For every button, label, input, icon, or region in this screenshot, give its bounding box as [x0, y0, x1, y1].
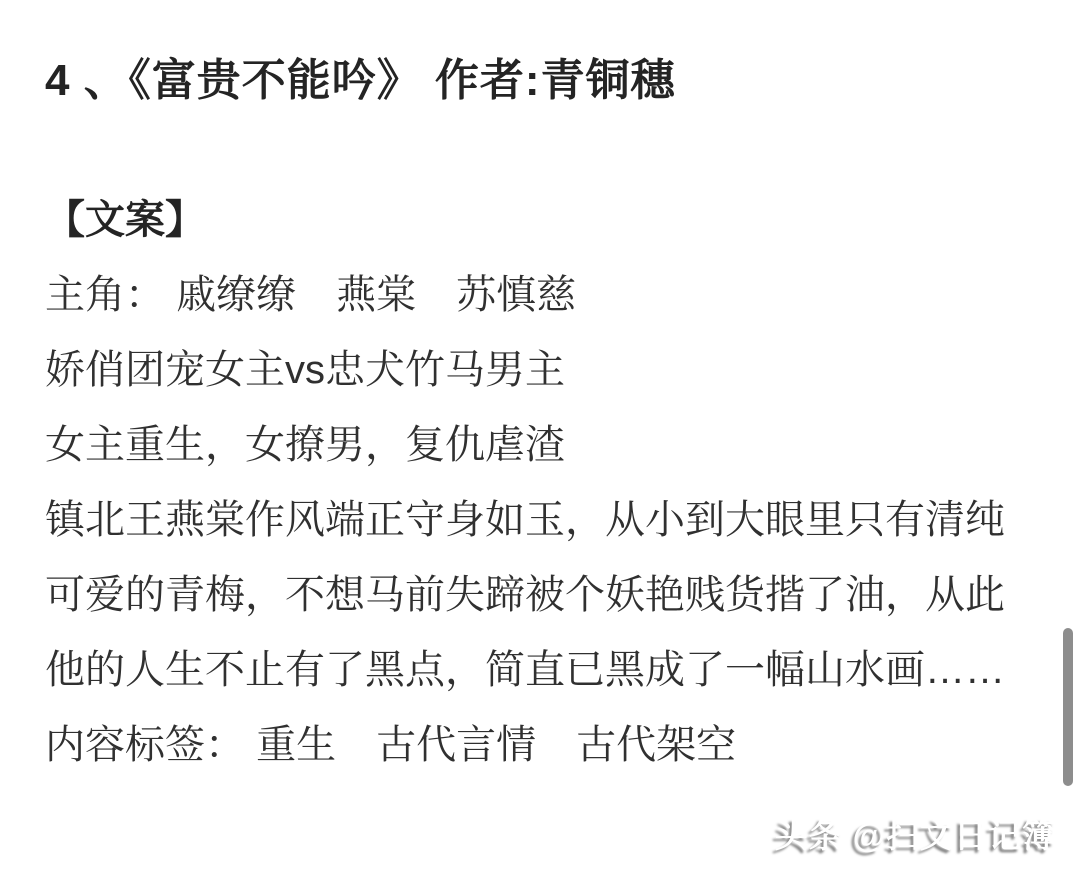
body-line-plot-keywords: 女主重生，女撩男，复仇虐渣 — [45, 408, 1005, 483]
body-line-synopsis-1: 镇北王燕棠作风端正守身如玉，从小到大眼里只有清纯 — [45, 483, 1005, 558]
article-page: 4 、《富贵不能吟》 作者:青铜穗 【文案】 主角： 戚缭缭 燕棠 苏慎慈 娇俏… — [0, 0, 1080, 869]
body-line-content-tags: 内容标签： 重生 古代言情 古代架空 — [45, 708, 1005, 783]
body-line-pairing: 娇俏团宠女主vs忠犬竹马男主 — [45, 333, 1005, 408]
watermark-toutiao-handle: 头条 @扫文日记簿 — [775, 810, 1056, 857]
page-title: 4 、《富贵不能吟》 作者:青铜穗 — [45, 44, 676, 108]
scrollbar-thumb[interactable] — [1063, 628, 1073, 786]
article-body: 【文案】 主角： 戚缭缭 燕棠 苏慎慈 娇俏团宠女主vs忠犬竹马男主 女主重生，… — [45, 183, 1005, 783]
body-line-synopsis-2: 可爱的青梅，不想马前失蹄被个妖艳贱货揩了油，从此 — [45, 558, 1005, 633]
body-line-protagonists: 主角： 戚缭缭 燕棠 苏慎慈 — [45, 258, 1005, 333]
section-header: 【文案】 — [45, 183, 1005, 258]
body-line-synopsis-3: 他的人生不止有了黑点，简直已黑成了一幅山水画…… — [45, 633, 1005, 708]
